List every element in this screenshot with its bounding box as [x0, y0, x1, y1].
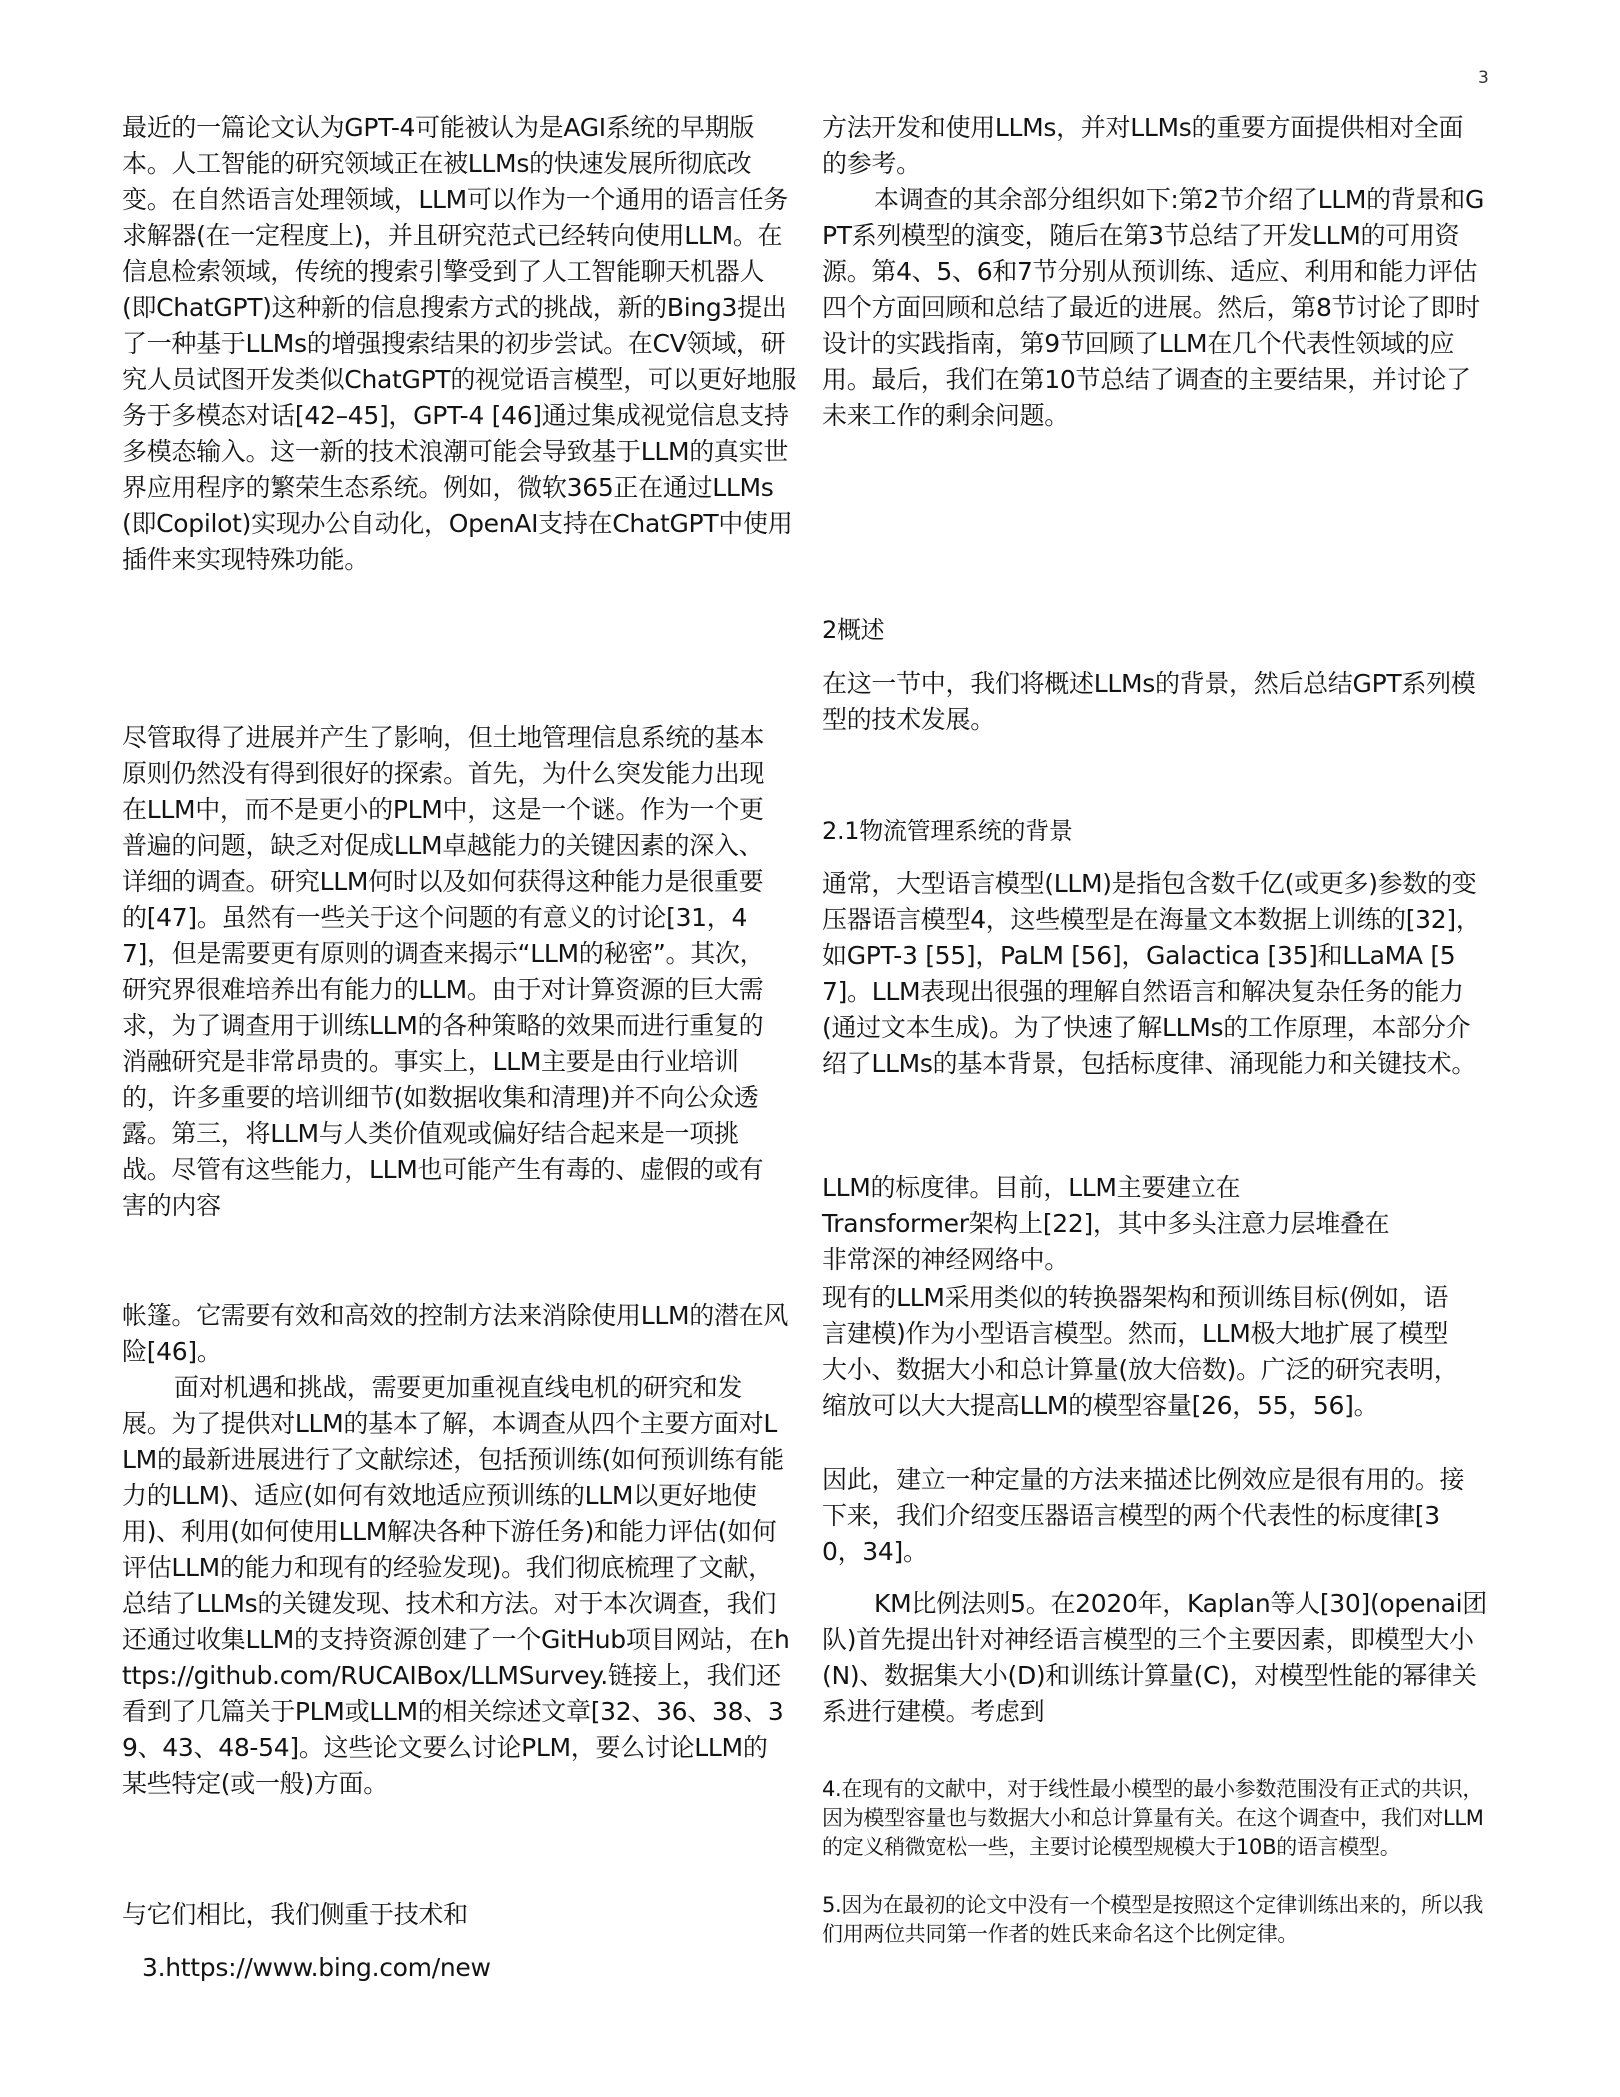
section-2-heading: 2概述 — [822, 612, 1502, 648]
scaling-effect-paragraph: 因此，建立一种定量的方法来描述比例效应是很有用的。接下来，我们介绍变压器语言模型… — [822, 1462, 1467, 1570]
section-2-1-heading: 2.1物流管理系统的背景 — [822, 813, 1502, 849]
scaling-law-line-2: Transformer架构上[22]，其中多头注意力层堆叠在 — [822, 1206, 1502, 1242]
risk-control-paragraph: 帐篷。它需要有效和高效的控制方法来消除使用LLM的潜在风险[46]。 — [122, 1298, 797, 1370]
footnote-4: 4.在现有的文献中，对于线性最小模型的最小参数范围没有正式的共识，因为模型容量也… — [822, 1775, 1494, 1862]
comparison-paragraph-start: 与它们相比，我们侧重于技术和 — [122, 1897, 802, 1933]
intro-paragraph-llm-impact: 最近的一篇论文认为GPT-4可能被认为是AGI系统的早期版本。人工智能的研究领域… — [122, 110, 797, 578]
llm-background-paragraph: 通常，大型语言模型(LLM)是指包含数千亿(或更多)参数的变压器语言模型4，这些… — [822, 866, 1492, 1082]
footnote-3-bing-url: 3.https://www.bing.com/new — [142, 1950, 822, 1986]
survey-overview-paragraph: 面对机遇和挑战，需要更加重视直线电机的研究和发展。为了提供对LLM的基本了解，本… — [122, 1370, 790, 1802]
page-number: 3 — [1478, 68, 1489, 88]
challenges-paragraph: 尽管取得了进展并产生了影响，但土地管理信息系统的基本原则仍然没有得到很好的探索。… — [122, 720, 787, 1224]
footnote-5: 5.因为在最初的论文中没有一个模型是按照这个定律训练出来的，所以我们用两位共同第… — [822, 1891, 1494, 1949]
km-scaling-law-paragraph: KM比例法则5。在2020年，Kaplan等人[30](openai团队)首先提… — [822, 1586, 1492, 1730]
scaling-law-line-1: LLM的标度律。目前，LLM主要建立在 — [822, 1170, 1502, 1206]
paper-organization-paragraph: 本调查的其余部分组织如下:第2节介绍了LLM的背景和GPT系列模型的演变，随后在… — [822, 182, 1492, 434]
section-2-intro: 在这一节中，我们将概述LLMs的背景，然后总结GPT系列模型的技术发展。 — [822, 666, 1492, 738]
comparison-paragraph-end: 方法开发和使用LLMs，并对LLMs的重要方面提供相对全面的参考。 — [822, 110, 1482, 182]
scaling-law-line-3: 非常深的神经网络中。 — [822, 1242, 1502, 1278]
existing-llm-paragraph: 现有的LLM采用类似的转换器架构和预训练目标(例如，语言建模)作为小型语言模型。… — [822, 1280, 1472, 1424]
